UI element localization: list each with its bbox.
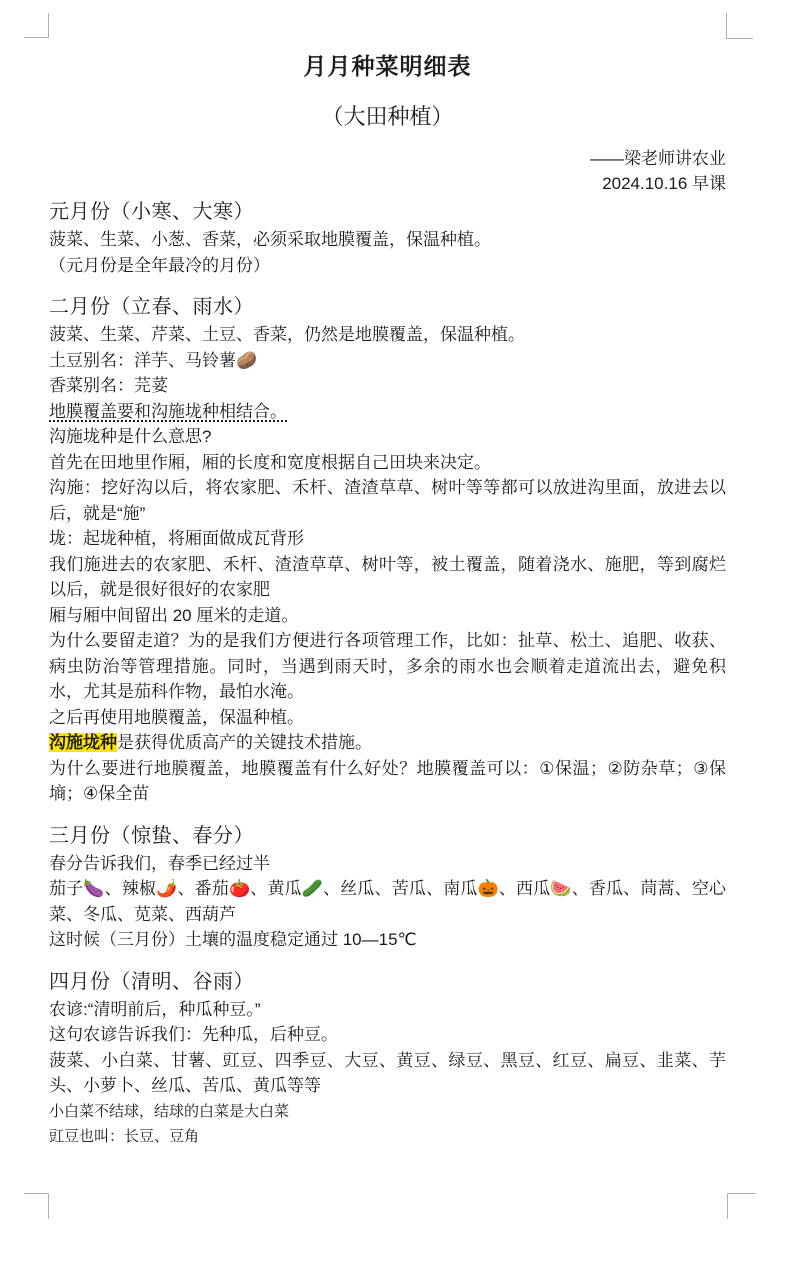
section-heading: 元月份（小寒、大寒） <box>49 197 726 227</box>
paragraph: 这时候（三月份）土壤的温度稳定通过 10—15℃ <box>49 927 726 953</box>
note-small: 豇豆也叫：长豆、豆角 <box>49 1124 726 1150</box>
paragraph: 茄子🍆、辣椒🌶️、番茄🍅、黄瓜🥒、丝瓜、苦瓜、南瓜🎃、西瓜🍉、香瓜、茼蒿、空心菜… <box>49 876 726 927</box>
page-margin-mark-top-left <box>24 13 49 38</box>
document-body: 月月种菜明细表 （大田种植） ——梁老师讲农业 2024.10.16 早课 元月… <box>49 44 726 1150</box>
byline: ——梁老师讲农业 <box>49 146 726 171</box>
note-small: 小白菜不结球，结球的白菜是大白菜 <box>49 1099 726 1125</box>
paragraph: 菠菜、生菜、芹菜、土豆、香菜，仍然是地膜覆盖，保温种植。 <box>49 322 726 348</box>
paragraph: 厢与厢中间留出 20 厘米的走道。 <box>49 603 726 629</box>
paragraph: （元月份是全年最冷的月份） <box>49 253 726 279</box>
paragraph: 沟施垅种是什么意思? <box>49 424 726 450</box>
paragraph: 垅：起垅种植，将厢面做成瓦背形 <box>49 526 726 552</box>
paragraph: 之后再使用地膜覆盖，保温种植。 <box>49 705 726 731</box>
document-page: 月月种菜明细表 （大田种植） ——梁老师讲农业 2024.10.16 早课 元月… <box>0 0 800 1280</box>
section-heading: 三月份（惊蛰、春分） <box>49 821 726 851</box>
page-subtitle: （大田种植） <box>49 103 726 131</box>
paragraph: 我们施进去的农家肥、禾杆、渣渣草草、树叶等，被土覆盖，随着浇水、施肥，等到腐烂以… <box>49 552 726 603</box>
paragraph: 为什么要进行地膜覆盖，地膜覆盖有什么好处？地膜覆盖可以：①保温；②防杂草；③保墒… <box>49 756 726 807</box>
page-margin-mark-bottom-right <box>727 1193 756 1219</box>
paragraph: 菠菜、小白菜、甘薯、豇豆、四季豆、大豆、黄豆、绿豆、黑豆、红豆、扁豆、韭菜、芋头… <box>49 1048 726 1099</box>
date-line: 2024.10.16 早课 <box>49 171 726 197</box>
paragraph: 香菜别名：芫荽 <box>49 373 726 399</box>
paragraph: 菠菜、生菜、小葱、香菜，必须采取地膜覆盖，保温种植。 <box>49 227 726 253</box>
underlined-sentence: 地膜覆盖要和沟施垅种相结合。 <box>49 402 287 421</box>
paragraph: 为什么要留走道？为的是我们方便进行各项管理工作，比如：扯草、松土、追肥、收获、病… <box>49 628 726 705</box>
paragraph: 春分告诉我们，春季已经过半 <box>49 851 726 877</box>
paragraph-text: 是获得优质高产的关键技术措施。 <box>117 733 372 752</box>
paragraph: 首先在田地里作厢，厢的长度和宽度根据自己田块来决定。 <box>49 450 726 476</box>
section-january: 元月份（小寒、大寒） 菠菜、生菜、小葱、香菜，必须采取地膜覆盖，保温种植。 （元… <box>49 197 726 278</box>
paragraph: 土豆别名：洋芋、马铃薯🥔 <box>49 348 726 374</box>
section-heading: 二月份（立春、雨水） <box>49 292 726 322</box>
section-heading: 四月份（清明、谷雨） <box>49 967 726 997</box>
section-march: 三月份（惊蛰、春分） 春分告诉我们，春季已经过半 茄子🍆、辣椒🌶️、番茄🍅、黄瓜… <box>49 821 726 953</box>
page-title: 月月种菜明细表 <box>49 44 726 80</box>
page-margin-mark-bottom-left <box>24 1193 49 1219</box>
paragraph: 地膜覆盖要和沟施垅种相结合。 <box>49 399 726 425</box>
page-margin-mark-top-right <box>726 13 753 39</box>
highlighted-term: 沟施垅种 <box>49 733 117 752</box>
section-february: 二月份（立春、雨水） 菠菜、生菜、芹菜、土豆、香菜，仍然是地膜覆盖，保温种植。 … <box>49 292 726 807</box>
paragraph: 这句农谚告诉我们：先种瓜，后种豆。 <box>49 1022 726 1048</box>
paragraph: 农谚:“清明前后，种瓜种豆。” <box>49 997 726 1023</box>
paragraph: 沟施：挖好沟以后，将农家肥、禾杆、渣渣草草、树叶等等都可以放进沟里面，放进去以后… <box>49 475 726 526</box>
paragraph: 沟施垅种是获得优质高产的关键技术措施。 <box>49 730 726 756</box>
section-april: 四月份（清明、谷雨） 农谚:“清明前后，种瓜种豆。” 这句农谚告诉我们：先种瓜，… <box>49 967 726 1150</box>
